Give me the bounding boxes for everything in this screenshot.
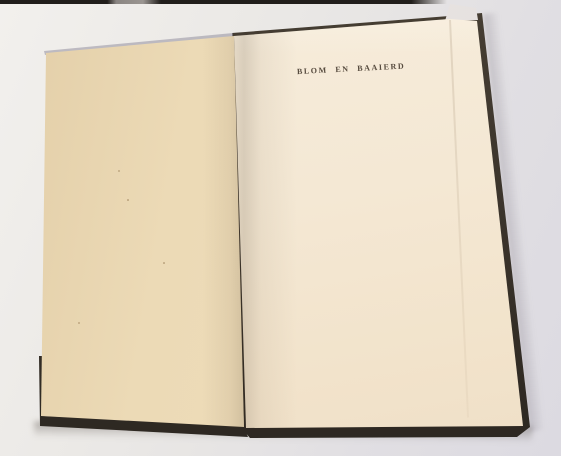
wall-top-edge-line (0, 0, 447, 4)
paper-speck (118, 170, 120, 172)
paper-speck (163, 262, 165, 264)
photo-open-book: BLOM EN BAAIERD (0, 0, 561, 456)
paper-speck (127, 199, 129, 201)
paper-speck (78, 322, 80, 324)
spine-gutter-shadow (0, 0, 561, 456)
